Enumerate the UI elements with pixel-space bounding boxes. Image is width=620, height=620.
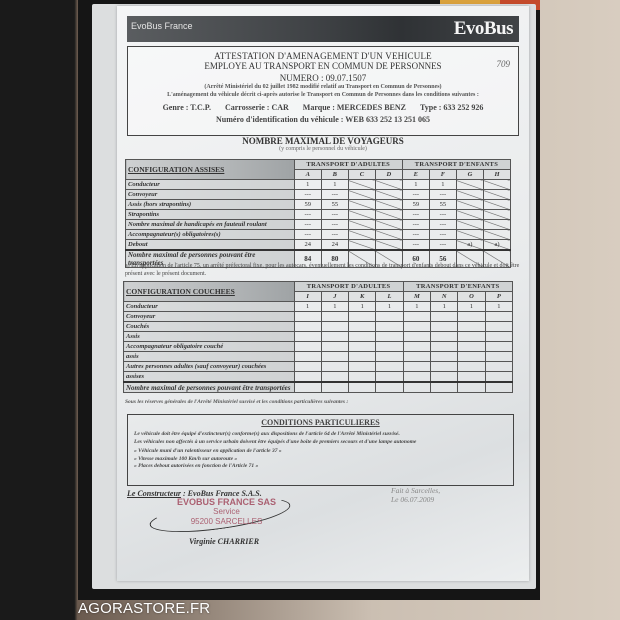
sleeping-configuration-table: CONFIGURATION COUCHEESTRANSPORT D'ADULTE… <box>123 281 513 393</box>
title-line-2: EMPLOYE AU TRANSPORT EN COMMUN DE PERSON… <box>128 61 518 71</box>
cell: 1 <box>321 180 348 190</box>
column-header: E <box>402 170 429 180</box>
cell <box>458 312 485 322</box>
cell: 24 <box>294 240 321 251</box>
cell: --- <box>294 190 321 200</box>
cell <box>458 362 485 372</box>
genre: Genre : T.C.P. <box>163 103 211 112</box>
cell: --- <box>321 190 348 200</box>
config-label: CONFIGURATION COUCHEES <box>124 282 295 302</box>
cell <box>403 322 430 332</box>
cell <box>321 382 348 393</box>
watermark: AGORASTORE.FR <box>78 600 210 617</box>
table-row: assises <box>124 372 513 383</box>
cell <box>321 332 348 342</box>
cell <box>375 190 402 200</box>
column-header: G <box>456 170 483 180</box>
row-label: Accompagnateur(s) obligatoires(s) <box>126 230 295 240</box>
cell <box>458 382 485 393</box>
table-row: Conducteur11111111 <box>124 302 513 312</box>
cell <box>321 312 348 322</box>
cell <box>321 342 348 352</box>
cell: --- <box>321 230 348 240</box>
cell <box>348 240 375 251</box>
cell: --- <box>429 230 456 240</box>
cell <box>349 342 376 352</box>
cell <box>456 200 483 210</box>
row-label: assis <box>124 352 295 362</box>
special-conditions-box: CONDITIONS PARTICULIERES Le véhicule doi… <box>127 414 514 486</box>
cell <box>376 312 403 322</box>
column-header: I <box>294 292 321 302</box>
evobus-logo: EvoBus <box>454 18 513 40</box>
cell <box>456 220 483 230</box>
cell: --- <box>429 210 456 220</box>
company-stamp: EVOBUS FRANCE SAS Service 95200 SARCELLE… <box>177 497 276 527</box>
column-header: K <box>349 292 376 302</box>
cell: 1 <box>294 302 321 312</box>
cell: --- <box>402 230 429 240</box>
seated-configuration-table: CONFIGURATION ASSISESTRANSPORT D'ADULTES… <box>125 159 511 268</box>
footnote-a: a) En application de l'article 75, un ar… <box>125 262 521 278</box>
max-passengers-subtitle: (y compris le personnel du véhicule) <box>117 146 529 152</box>
cell <box>431 332 458 342</box>
cell <box>321 372 348 383</box>
row-label: Strapontins <box>126 210 295 220</box>
cell <box>403 372 430 383</box>
cell <box>375 230 402 240</box>
cell <box>348 220 375 230</box>
column-header: C <box>348 170 375 180</box>
cell <box>456 210 483 220</box>
cell <box>376 332 403 342</box>
row-label: Convoyeur <box>126 190 295 200</box>
stamp-line-1: EVOBUS FRANCE SAS <box>177 497 276 507</box>
cell: 1 <box>431 302 458 312</box>
row-label: Nombre maximal de handicapés en fauteuil… <box>126 220 295 230</box>
marque: Marque : MERCEDES BENZ <box>303 103 406 112</box>
cell <box>376 352 403 362</box>
cell <box>485 342 512 352</box>
cell: 1 <box>349 302 376 312</box>
table-row: Accompagnateur(s) obligatoires(s)-------… <box>126 230 511 240</box>
column-header: D <box>375 170 402 180</box>
cell: 1 <box>321 302 348 312</box>
cell <box>375 240 402 251</box>
table-row: Assis (hors strapontins)59555955 <box>126 200 511 210</box>
cell <box>349 382 376 393</box>
cell <box>483 210 510 220</box>
cell <box>458 322 485 332</box>
cell <box>348 200 375 210</box>
cell <box>294 322 321 332</box>
cell <box>403 312 430 322</box>
condition-quote: « Vitesse maximale 100 Km/h sur autorout… <box>128 456 513 464</box>
cell <box>483 230 510 240</box>
cell <box>483 220 510 230</box>
cell <box>349 322 376 332</box>
cell <box>431 322 458 332</box>
cell <box>294 352 321 362</box>
row-label: Accompagnateur obligatoire couché <box>124 342 295 352</box>
row-label: Conducteur <box>126 180 295 190</box>
cell: --- <box>429 190 456 200</box>
cell <box>458 332 485 342</box>
cell <box>456 190 483 200</box>
cell <box>294 312 321 322</box>
table-row: Assis <box>124 332 513 342</box>
cell <box>431 372 458 383</box>
cell: 1 <box>429 180 456 190</box>
cell: --- <box>321 220 348 230</box>
group-children: TRANSPORT D'ENFANTS <box>402 160 510 170</box>
cell <box>458 352 485 362</box>
cell: --- <box>321 210 348 220</box>
row-label: Assis (hors strapontins) <box>126 200 295 210</box>
cell: a) <box>483 240 510 251</box>
group-adults: TRANSPORT D'ADULTES <box>294 160 402 170</box>
stamp-line-2: Service <box>177 507 276 517</box>
header-box: 709 ATTESTATION D'AMENAGEMENT D'UN VEHIC… <box>127 46 519 136</box>
cell <box>431 362 458 372</box>
banner-left-text: EvoBus France <box>131 21 193 31</box>
cell <box>485 362 512 372</box>
condition-quote: « Places debout autorisées en fonction d… <box>128 463 513 471</box>
cell <box>456 230 483 240</box>
row-label: Couchés <box>124 322 295 332</box>
cell <box>349 332 376 342</box>
table-row: Autres personnes adultes (sauf convoyeur… <box>124 362 513 372</box>
cell <box>431 342 458 352</box>
cell <box>485 332 512 342</box>
cell: 1 <box>485 302 512 312</box>
cell <box>321 322 348 332</box>
table-row: Debout2424------a)a) <box>126 240 511 251</box>
cell: 1 <box>402 180 429 190</box>
cell: --- <box>429 240 456 251</box>
row-label: Nombre maximal de personnes pouvant être… <box>124 382 295 393</box>
cell <box>485 372 512 383</box>
cell: --- <box>294 210 321 220</box>
cell <box>376 372 403 383</box>
date: Le 06.07.2009 <box>391 495 440 504</box>
cell <box>375 200 402 210</box>
cell <box>349 352 376 362</box>
arrete-reference: (Arrêté Ministériel du 02 juillet 1982 m… <box>128 83 518 91</box>
place: Fait à Sarcelles, <box>391 486 440 495</box>
cell: --- <box>429 220 456 230</box>
cell <box>485 312 512 322</box>
column-header: O <box>458 292 485 302</box>
cell <box>376 322 403 332</box>
column-header: P <box>485 292 512 302</box>
cell: --- <box>402 210 429 220</box>
row-label: Convoyeur <box>124 312 295 322</box>
cell: --- <box>294 230 321 240</box>
cell <box>375 220 402 230</box>
cell <box>348 190 375 200</box>
cell: 55 <box>321 200 348 210</box>
cell <box>348 210 375 220</box>
cell: --- <box>402 220 429 230</box>
row-label: Debout <box>126 240 295 251</box>
title-line-1: ATTESTATION D'AMENAGEMENT D'UN VEHICULE <box>128 51 518 61</box>
cell <box>458 372 485 383</box>
reserves-text: Sous les réserves générales de l'Arrêté … <box>125 399 348 405</box>
cell <box>403 352 430 362</box>
row-label: Assis <box>124 332 295 342</box>
cell <box>375 180 402 190</box>
cell <box>403 382 430 393</box>
handwritten-note: 709 <box>497 59 511 69</box>
cell <box>294 362 321 372</box>
cell <box>483 190 510 200</box>
cell <box>485 382 512 393</box>
table-row: Couchés <box>124 322 513 332</box>
cell <box>403 342 430 352</box>
group-adults: TRANSPORT D'ADULTES <box>294 282 403 292</box>
cell <box>403 332 430 342</box>
cell: 59 <box>294 200 321 210</box>
type: Type : 633 252 926 <box>420 103 483 112</box>
cell <box>349 312 376 322</box>
cell <box>348 180 375 190</box>
cell <box>294 372 321 383</box>
total-row: Nombre maximal de personnes pouvant être… <box>124 382 513 393</box>
certificate-page: EvoBus France EvoBus 709 ATTESTATION D'A… <box>117 6 529 581</box>
table-row: Strapontins------------ <box>126 210 511 220</box>
cell <box>294 332 321 342</box>
cell <box>321 352 348 362</box>
vehicle-vin: Numéro d'identification du véhicule : WE… <box>128 115 518 124</box>
condition-quote: « Véhicule muni d'un ralentisseur en app… <box>128 448 513 456</box>
cell <box>485 322 512 332</box>
row-label: Conducteur <box>124 302 295 312</box>
evobus-banner: EvoBus France EvoBus <box>127 16 519 42</box>
table-row: Nombre maximal de handicapés en fauteuil… <box>126 220 511 230</box>
column-header: F <box>429 170 456 180</box>
cell <box>376 362 403 372</box>
cell <box>294 382 321 393</box>
special-conditions-title: CONDITIONS PARTICULIERES <box>128 418 513 427</box>
condition-line: Les véhicules non affectés à un service … <box>128 439 513 447</box>
condition-line: Le véhicule doit être équipé d'extincteu… <box>128 431 513 439</box>
column-header: H <box>483 170 510 180</box>
column-header: A <box>294 170 321 180</box>
cell <box>376 342 403 352</box>
cell <box>349 372 376 383</box>
constructor-label: Le Constructeur <box>127 489 181 498</box>
cell <box>294 342 321 352</box>
config-label: CONFIGURATION ASSISES <box>126 160 295 180</box>
cell <box>348 230 375 240</box>
row-label: Autres personnes adultes (sauf convoyeur… <box>124 362 295 372</box>
cell <box>458 342 485 352</box>
cell <box>456 180 483 190</box>
cell: 1 <box>403 302 430 312</box>
cell: --- <box>402 240 429 251</box>
column-header: L <box>376 292 403 302</box>
cell <box>403 362 430 372</box>
place-date: Fait à Sarcelles, Le 06.07.2009 <box>391 486 440 504</box>
cell: a) <box>456 240 483 251</box>
table-row: Conducteur1111 <box>126 180 511 190</box>
table-row: assis <box>124 352 513 362</box>
cell: 1 <box>458 302 485 312</box>
intro-text: L'aménagement du véhicule décrit ci-aprè… <box>128 91 518 99</box>
column-header: M <box>403 292 430 302</box>
cell <box>431 382 458 393</box>
cell <box>431 352 458 362</box>
vehicle-specs: Genre : T.C.P. Carrosserie : CAR Marque … <box>128 103 518 112</box>
cell: --- <box>402 190 429 200</box>
max-passengers-heading: NOMBRE MAXIMAL DE VOYAGEURS (y compris l… <box>117 136 529 152</box>
carrosserie: Carrosserie : CAR <box>225 103 289 112</box>
cell: --- <box>294 220 321 230</box>
certificate-number: NUMERO : 09.07.1507 <box>128 73 518 83</box>
column-header: N <box>431 292 458 302</box>
cell: 59 <box>402 200 429 210</box>
max-passengers-title: NOMBRE MAXIMAL DE VOYAGEURS <box>117 136 529 146</box>
cell <box>321 362 348 372</box>
cell <box>349 362 376 372</box>
column-header: B <box>321 170 348 180</box>
cell <box>485 352 512 362</box>
table-row: Convoyeur------------ <box>126 190 511 200</box>
group-children: TRANSPORT D'ENFANTS <box>403 282 512 292</box>
cell <box>483 180 510 190</box>
cell: 55 <box>429 200 456 210</box>
cell: 24 <box>321 240 348 251</box>
signer-name: Virginie CHARRIER <box>189 537 259 546</box>
column-header: J <box>321 292 348 302</box>
table-row: Accompagnateur obligatoire couché <box>124 342 513 352</box>
cell: 1 <box>294 180 321 190</box>
table-row: Convoyeur <box>124 312 513 322</box>
stamp-line-3: 95200 SARCELLES <box>177 517 276 527</box>
cell <box>376 382 403 393</box>
cell <box>483 200 510 210</box>
cell <box>431 312 458 322</box>
row-label: assises <box>124 372 295 383</box>
cell <box>375 210 402 220</box>
cell: 1 <box>376 302 403 312</box>
